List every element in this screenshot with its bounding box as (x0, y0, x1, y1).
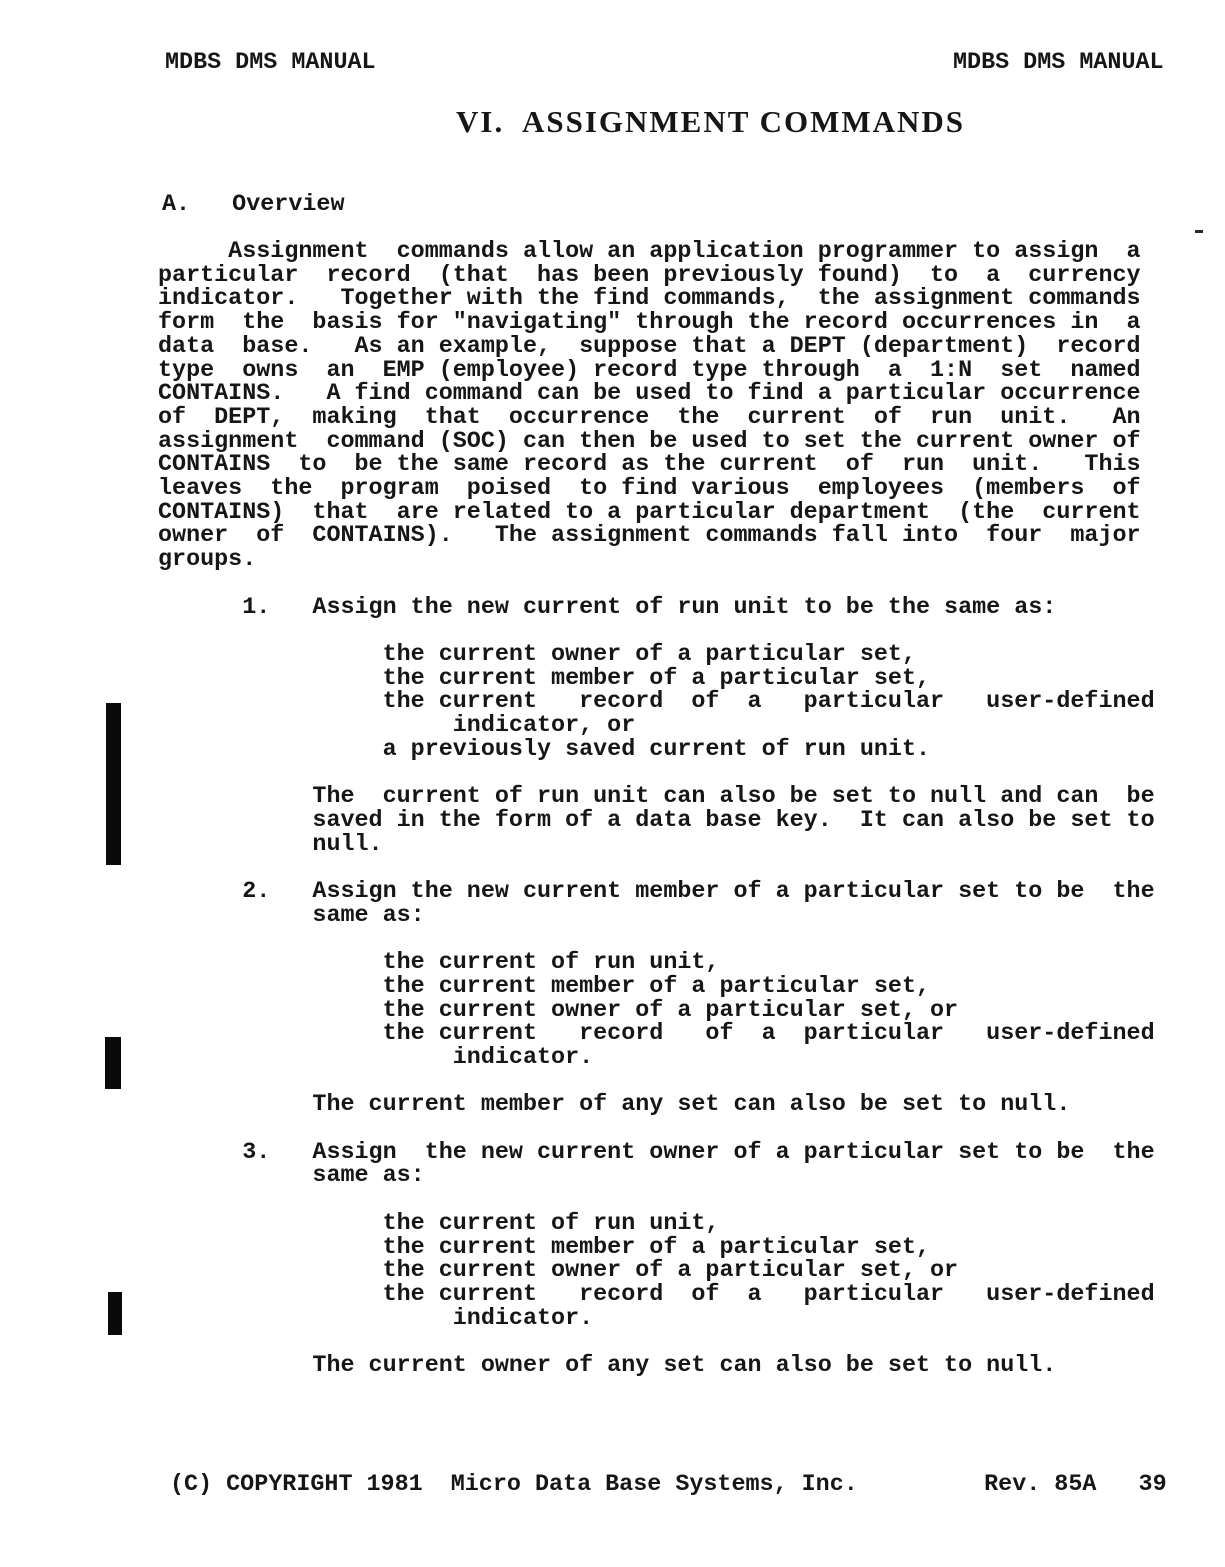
running-header-right: MDBS DMS MANUAL (953, 52, 1164, 76)
scan-artifact-dash (1195, 230, 1203, 233)
revision-bar (106, 703, 121, 865)
chapter-title: VI. ASSIGNMENT COMMANDS (456, 104, 965, 140)
revision-bar (108, 1292, 122, 1335)
revision-bar (105, 1037, 121, 1089)
body-text: Assignment commands allow an application… (158, 241, 1155, 1379)
running-header-left: MDBS DMS MANUAL (165, 52, 376, 76)
section-heading: A. Overview (162, 194, 344, 218)
manual-page: MDBS DMS MANUAL MDBS DMS MANUAL VI. ASSI… (0, 0, 1225, 1567)
page-footer: (C) COPYRIGHT 1981 Micro Data Base Syste… (170, 1474, 1167, 1498)
